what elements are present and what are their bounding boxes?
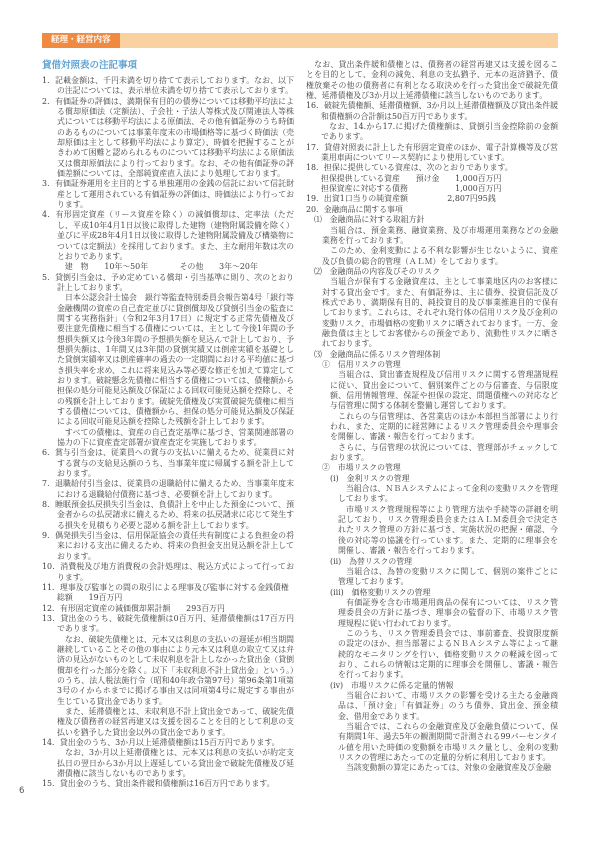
- paragraph: 担保提供している資産 預け金 1,000百万円: [306, 174, 558, 184]
- paragraph: 日本公認会計士協会 銀行等監査特別委員会報告第4号「銀行等金融機関の資産の自己査…: [42, 293, 294, 427]
- paragraph: 2．有価証券の評価は、満期保有目的の債券については移動平均法による償却原価法（定…: [42, 97, 294, 180]
- paragraph: ⑵ 金融商品の内容及びそのリスク: [306, 267, 558, 277]
- paragraph: このため、金利変動による不利な影響が生じないように、資産及び負債の総合的管理（Ａ…: [306, 246, 558, 267]
- paragraph: 当組合では、これらの金融資産及び金融負債について、保有期間1年、過去5年の観測期…: [306, 722, 558, 763]
- section-tab-strip: [120, 33, 558, 48]
- paragraph: (ⅲ) 価格変動リスクの管理: [306, 588, 558, 598]
- paragraph: 11．理事及び監事との間の取引による理事及び監事に対する金銭債権: [42, 583, 294, 593]
- paragraph: 当組合は、為替の変動リスクに関して、個別の案件ごとに管理しております。: [306, 567, 558, 588]
- paragraph: 4．有形固定資産（リース資産を除く）の減価償却は、定率法（ただし、平成10年4月…: [42, 210, 294, 262]
- paragraph: 6．賞与引当金は、従業員への賞与の支払いに備えるため、従業員に対する賞与の支給見…: [42, 448, 294, 479]
- paragraph: 有価証券を含む市場運用商品の保有については、リスク管理委員会の方針に基づき、理事…: [306, 598, 558, 629]
- paragraph: このうち、リスク管理委員会では、事前審査、投資限度額の設定のほか、担当部署による…: [306, 629, 558, 681]
- paragraph: なお、貸出条件緩和債権とは、債務者の経営再建又は支援を図ることを目的として、金利…: [306, 60, 558, 101]
- paragraph: 当組合は、預金業務、融資業務、及び市場運用業務などの金融業務を行っております。: [306, 226, 558, 247]
- paragraph: 9．偶発損失引当金は、信用保証協会の責任共有制度による負担金の将来における支出に…: [42, 531, 294, 562]
- paragraph: 18．担保に提供している資産は、次のとおりであります。: [306, 163, 558, 173]
- paragraph: 7．退職給付引当金は、従業員の退職給付に備えるため、当事業年度末における退職給付…: [42, 479, 294, 500]
- paragraph: 当組合が保有する金融資産は、主として事業地区内のお客様に対する貸出金です。また、…: [306, 277, 558, 349]
- paragraph: 12．有形固定資産の減価償却累計額 293百万円: [42, 604, 294, 614]
- paragraph: 当組合は、ＮＢＡシステムによって金利の変動リスクを管理しております。: [306, 484, 558, 505]
- paragraph: 1．記載金額は、千円未満を切り捨てて表示しております。なお、以下の注記については…: [42, 76, 294, 97]
- page-title: 貸借対照表の注記事項: [42, 60, 294, 72]
- paragraph: なお、破綻先債権とは、元本又は利息の支払いの遅延が相当期間継続していることその他…: [42, 635, 294, 707]
- section-tab-bar: 経理・経営内容: [42, 33, 558, 48]
- paragraph: (ⅰ) 金利リスクの管理: [306, 474, 558, 484]
- paragraph: すべての債権は、資産の自己査定基準に基づき、営業関連部署の協力の下に資産査定部署…: [42, 428, 294, 449]
- paragraph: 19．出資1口当りの純資産額 2,807円95銭: [306, 194, 558, 204]
- right-column-paragraphs: なお、貸出条件緩和債権とは、債務者の経営再建又は支援を図ることを目的として、金利…: [306, 60, 558, 774]
- paragraph: 3．有価証券運用を主目的とする単独運用の金銭の信託において信託財産として運用され…: [42, 179, 294, 210]
- document-page: 経理・経営内容 貸借対照表の注記事項 1．記載金額は、千円未満を切り捨てて表示し…: [0, 0, 595, 842]
- paragraph: 16．破綻先債権額、延滞債権額、3か月以上延滞債権額及び貸出条件緩和債権額の合計…: [306, 101, 558, 122]
- paragraph: 担保資産に対応する債務 1,000百万円: [306, 184, 558, 194]
- paragraph: 15．貸出金のうち、貸出条件緩和債権額は16百万円であります。: [42, 779, 294, 789]
- paragraph: 建 物 10年～50年 その他 3年～20年: [42, 262, 294, 272]
- paragraph: ① 信用リスクの管理: [306, 360, 558, 370]
- left-column: 貸借対照表の注記事項 1．記載金額は、千円未満を切り捨てて表示しております。なお…: [42, 60, 294, 790]
- paragraph: 8．睡眠預金払戻損失引当金は、負債計上を中止した預金について、預金者からの払戻請…: [42, 500, 294, 531]
- page-number: 6: [19, 786, 24, 796]
- paragraph: さらに、与信管理の状況については、管理部がチェックしております。: [306, 443, 558, 464]
- paragraph: これらの与信管理は、各営業店のほか本部担当部署により行われ、また、定期的に経営陣…: [306, 412, 558, 443]
- paragraph: 14．貸出金のうち、3か月以上延滞債権額は15百万円であります。: [42, 738, 294, 748]
- paragraph: 総額 19百万円: [42, 593, 294, 603]
- paragraph: 10．消費税及び地方消費税の会計処理は、税込方式によって行っております。: [42, 562, 294, 583]
- paragraph: 市場リスク管理規程等により管理方法や手続等の詳細を明記しており、リスク管理委員会…: [306, 505, 558, 557]
- paragraph: (ⅱ) 為替リスクの管理: [306, 557, 558, 567]
- left-column-paragraphs: 1．記載金額は、千円未満を切り捨てて表示しております。なお、以下の注記については…: [42, 76, 294, 790]
- paragraph: 13．貸出金のうち、破綻先債権額は0百万円、延滞債権額は17百万円であります。: [42, 614, 294, 635]
- paragraph: 20．金融商品に関する事項: [306, 205, 558, 215]
- paragraph: なお、3か月以上延滞債権とは、元本又は利息の支払いが約定支払日の翌日から3か月以…: [42, 748, 294, 779]
- paragraph: (ⅳ) 市場リスクに係る定量的情報: [306, 681, 558, 691]
- paragraph: 当組合は、貸出審査規程及び信用リスクに関する管理諸規程に従い、貸出金について、個…: [306, 370, 558, 411]
- section-tab-label: 経理・経営内容: [42, 33, 120, 48]
- paragraph: ⑶ 金融商品に係るリスク管理体制: [306, 350, 558, 360]
- paragraph: 5．貸倒引当金は、予め定めている償却・引当基準に則り、次のとおり計上しております…: [42, 273, 294, 294]
- two-column-content: 貸借対照表の注記事項 1．記載金額は、千円未満を切り捨てて表示しております。なお…: [42, 60, 558, 790]
- paragraph: 当該変動額の算定にあたっては、対象の金融資産及び金融: [306, 763, 558, 773]
- paragraph: なお、14.から17.に掲げた債権額は、貸倒引当金控除前の金額であります。: [306, 122, 558, 143]
- paragraph: 17．貸借対照表に計上した有形固定資産のほか、電子計算機等及び営業用車両について…: [306, 143, 558, 164]
- right-column: なお、貸出条件緩和債権とは、債務者の経営再建又は支援を図ることを目的として、金利…: [306, 60, 558, 790]
- paragraph: ⑴ 金融商品に対する取組方針: [306, 215, 558, 225]
- paragraph: また、延滞債権とは、未収利息不計上貸出金であって、破綻先債権及び債務者の経営再建…: [42, 707, 294, 738]
- paragraph: 当組合において、市場リスクの影響を受ける主たる金融商品は、「預け金」「有価証券」…: [306, 691, 558, 722]
- paragraph: ② 市場リスクの管理: [306, 463, 558, 473]
